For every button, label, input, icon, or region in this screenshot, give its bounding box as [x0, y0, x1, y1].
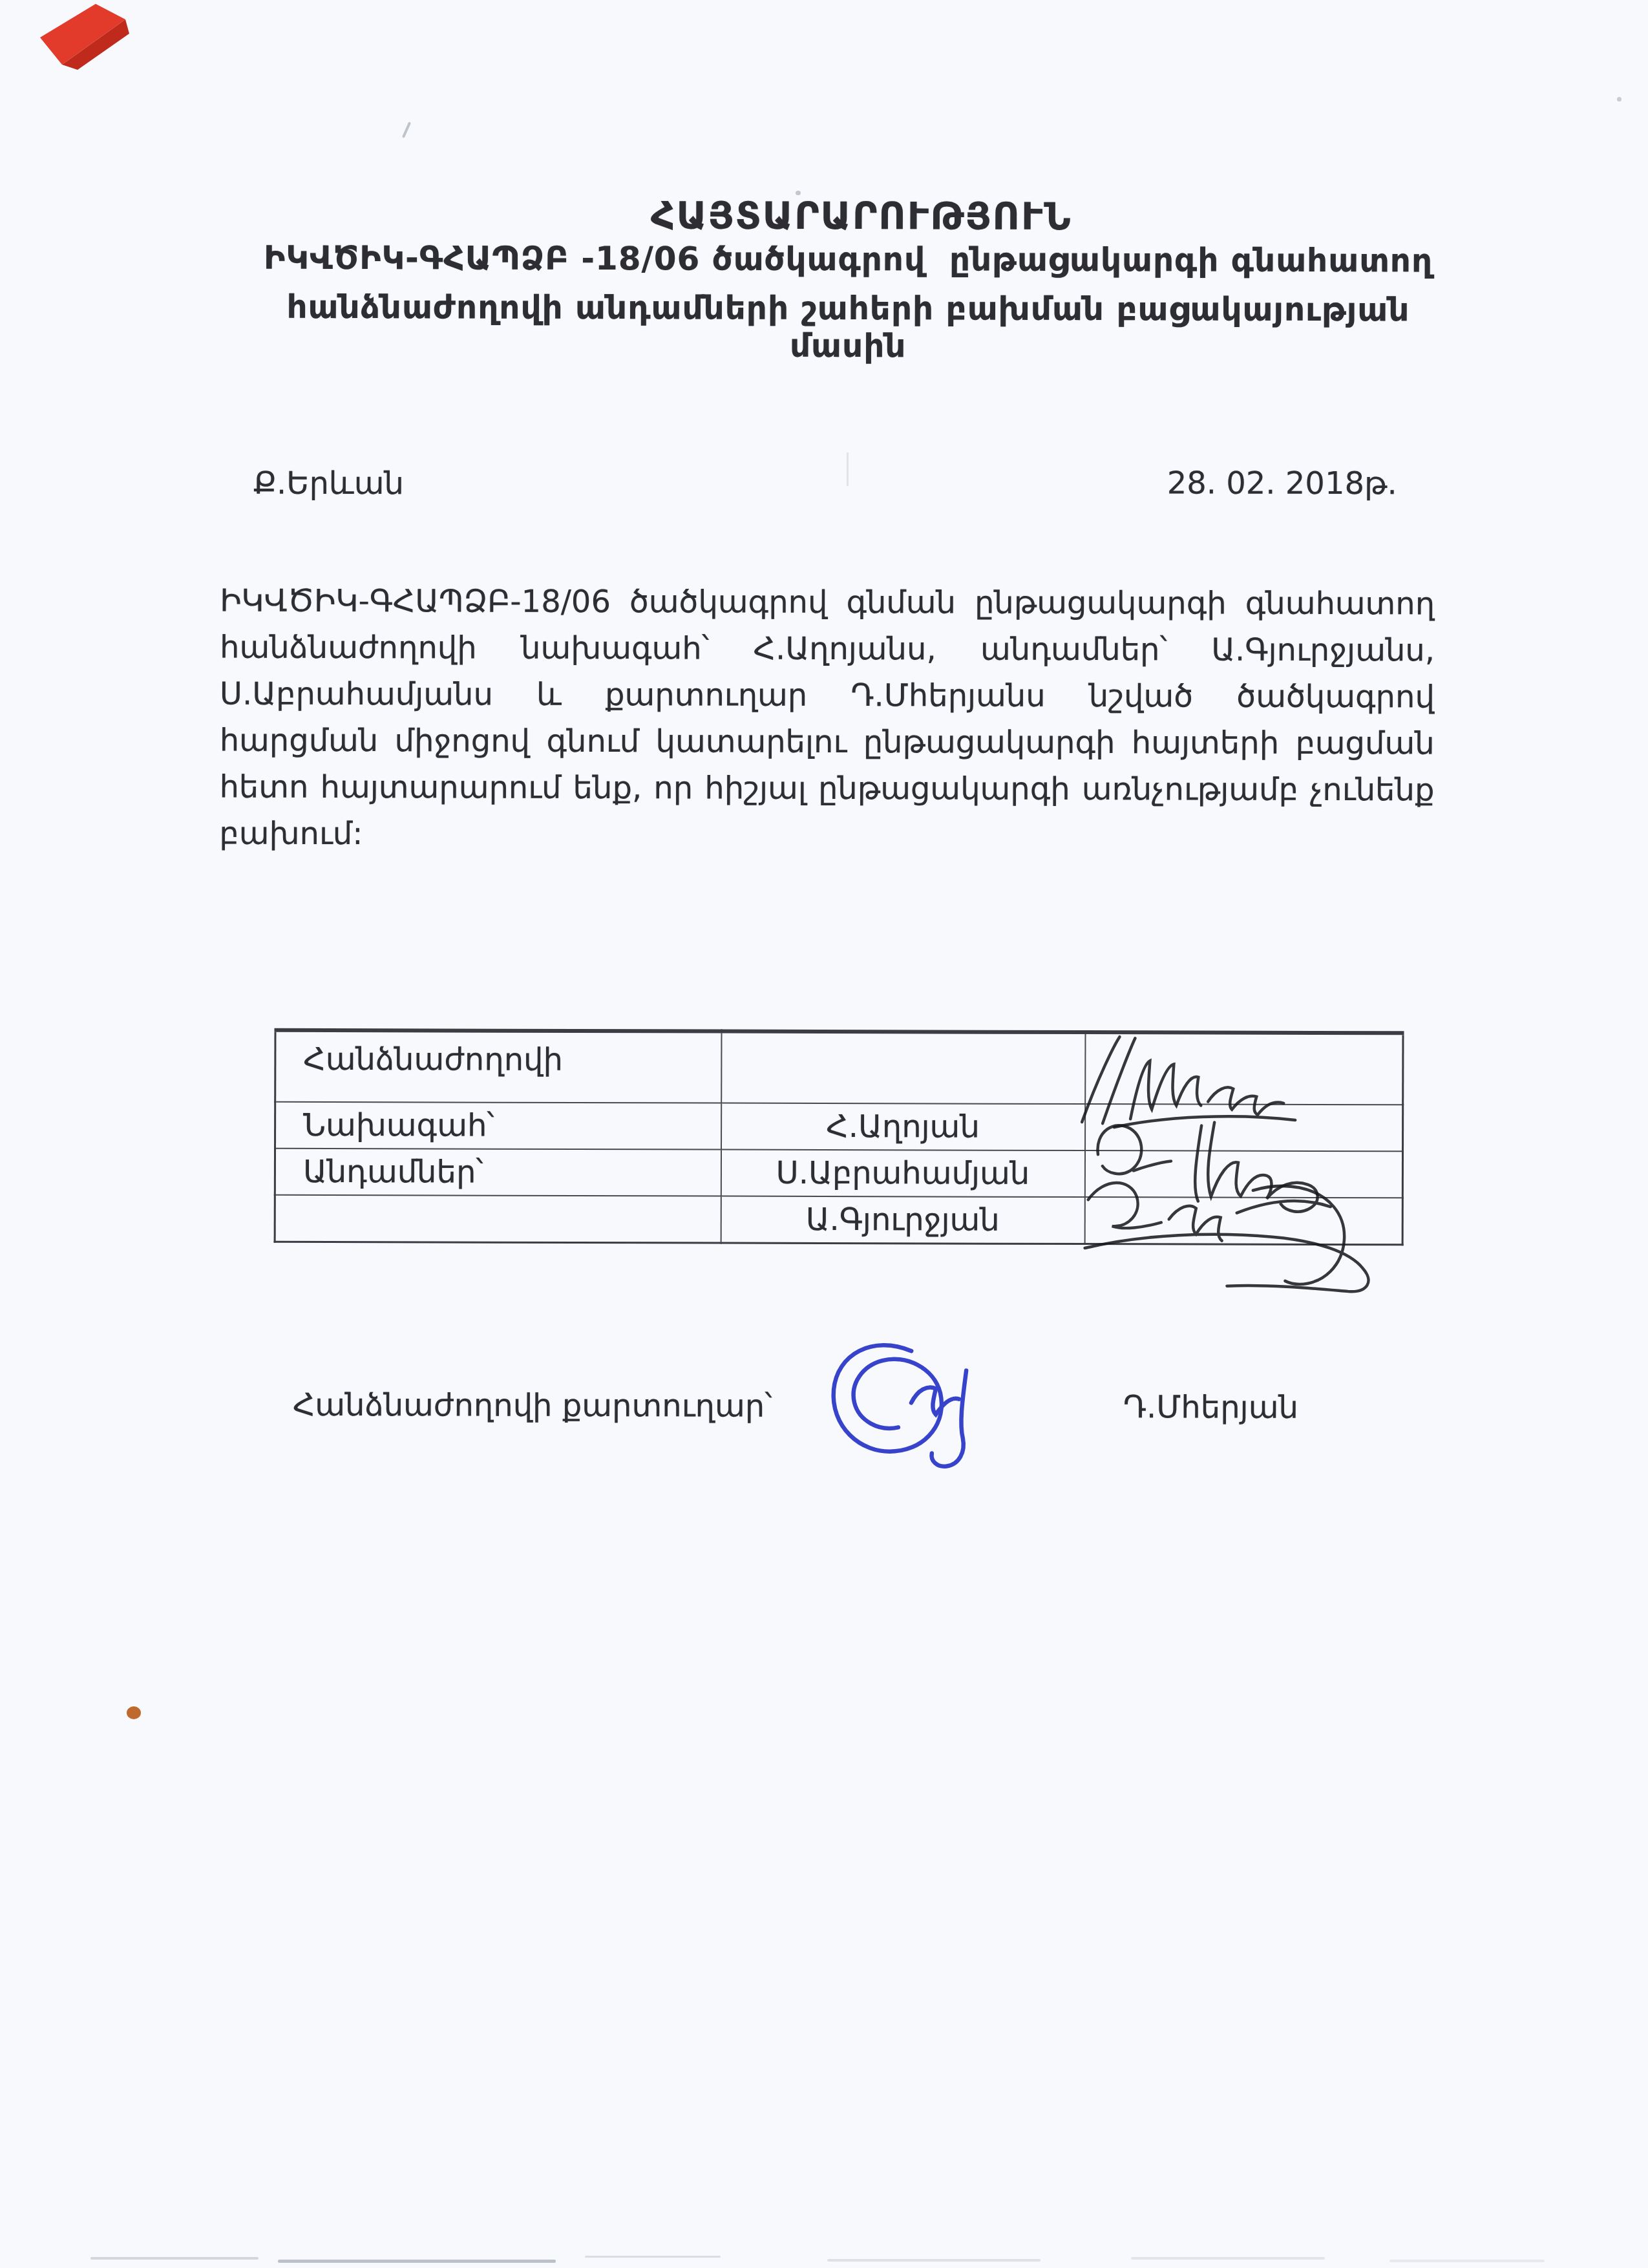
body-line: հարցման միջոցով գնում կատարելու ընթացակա…: [220, 717, 1435, 767]
body-line: հանձնաժողովի նախագահ՝ Հ.Աղոյանս, անդամնե…: [220, 624, 1435, 674]
body-line: Ս.Աբրահամյանս և քարտուղար Դ.Մհերյանս նշվ…: [220, 671, 1435, 721]
date-label: 28. 02. 2018թ.: [1165, 465, 1397, 502]
table-cell-members-label: Անդամներ՝: [275, 1149, 721, 1196]
red-corner-artifact-icon: [32, 0, 136, 74]
document-subtitle-line-1: ԻԿՎԾԻԿ-ԳՀԱՊՁԲ -18/06 ծածկագրով ընթացակար…: [235, 239, 1463, 280]
body-line: ԻԿՎԾԻԿ-ԳՀԱՊՁԲ-18/06 ծածկագրով գնման ընթա…: [220, 578, 1435, 628]
table-cell: [721, 1032, 1085, 1104]
faint-scan-mark: [847, 452, 849, 486]
body-paragraph: ԻԿՎԾԻԿ-ԳՀԱՊՁԲ-18/06 ծածկագրով գնման ընթա…: [219, 578, 1435, 860]
bottom-scan-streak: [1131, 2257, 1325, 2260]
orange-dot-artifact: [127, 1706, 141, 1719]
table-cell-chairman-name: Հ.Աղոյան: [721, 1103, 1085, 1150]
scanned-document-page: ՀԱՅՏԱՐԱՐՈՒԹՅՈՒՆ ԻԿՎԾԻԿ-ԳՀԱՊՁԲ -18/06 ծած…: [0, 0, 1648, 2268]
table-cell-member1-name: Ս.Աբրահամյան: [721, 1150, 1084, 1197]
table-row: Նախագահ՝ Հ.Աղոյան: [275, 1102, 1403, 1152]
bottom-scan-streak: [585, 2256, 721, 2258]
table-cell-member2-signature: [1084, 1197, 1402, 1245]
table-cell-empty: [275, 1195, 721, 1243]
bottom-scan-streak: [90, 2257, 259, 2260]
scan-speck: [1617, 97, 1622, 101]
secretary-label: Հանձնաժողովի քարտուղար՝: [293, 1387, 772, 1425]
signatures-table: Հանձնաժողովի Նախագահ՝ Հ.Աղոյան Անդամներ՝…: [274, 1028, 1404, 1246]
bottom-scan-streak: [1389, 2260, 1545, 2262]
table-cell: [1085, 1032, 1403, 1105]
bottom-scan-streak: [278, 2260, 556, 2263]
secretary-name: Դ.Մհերյան: [1123, 1389, 1298, 1426]
table-row: Ա.Գյուրջյան: [275, 1195, 1402, 1245]
bottom-scan-streak: [827, 2259, 1041, 2262]
document-subtitle-line-2: հանձնաժողովի անդամների շահերի բախման բաց…: [234, 288, 1462, 366]
table-cell-chairman-label: Նախագահ՝: [275, 1102, 721, 1150]
document-title: ՀԱՅՏԱՐԱՐՈՒԹՅՈՒՆ: [248, 193, 1475, 240]
table-cell-member1-signature: [1084, 1150, 1402, 1198]
secretary-signature-ink-icon: [814, 1325, 989, 1487]
scan-speck: [796, 191, 801, 195]
table-row: Հանձնաժողովի: [275, 1030, 1403, 1105]
place-label: Ք.Երևան: [253, 465, 404, 502]
body-line: բախում:: [219, 811, 1434, 860]
body-line: հետո հայտարարում ենք, որ հիշյալ ընթացակա…: [219, 764, 1434, 814]
table-cell-member2-name: Ա.Գյուրջյան: [721, 1196, 1084, 1244]
document-content: ՀԱՅՏԱՐԱՐՈՒԹՅՈՒՆ ԻԿՎԾԻԿ-ԳՀԱՊՁԲ -18/06 ծած…: [0, 0, 1648, 2268]
table-row: Անդամներ՝ Ս.Աբրահամյան: [275, 1149, 1402, 1198]
table-cell-committee: Հանձնաժողովի: [275, 1030, 721, 1103]
table-cell-chairman-signature: [1085, 1104, 1403, 1151]
